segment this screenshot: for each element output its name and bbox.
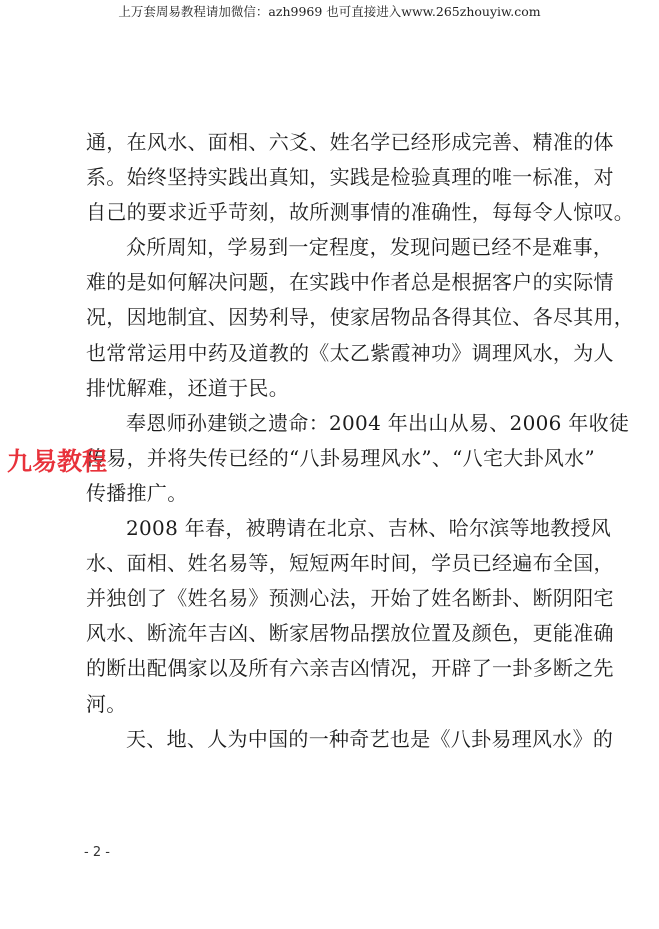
text-line: 并独创了《姓名易》预测心法，开始了姓名断卦、断阴阳宅: [86, 581, 578, 616]
paragraph-start-line: 奉恩师孙建锁之遗命：2004 年出山从易、2006 年收徒: [86, 406, 578, 441]
text-line: 难的是如何解决问题，在实践中作者总是根据客户的实际情: [86, 265, 578, 300]
text-line: 况，因地制宜、因势利导，使家居物品各得其位、各尽其用，: [86, 300, 578, 335]
paragraph-end-line: 排忧解难，还道于民。: [86, 371, 578, 406]
document-body: 通，在风水、面相、六爻、姓名学已经形成完善、精准的体 系。始终坚持实践出真知，实…: [86, 125, 578, 757]
page-number: - 2 -: [84, 844, 110, 862]
top-banner-advert: 上万套周易教程请加微信：azh9969 也可直接进入www.265zhouyiw…: [0, 4, 659, 20]
text-line: 通，在风水、面相、六爻、姓名学已经形成完善、精准的体: [86, 125, 578, 160]
paragraph-start-line: 2008 年春，被聘请在北京、吉林、哈尔滨等地教授风: [86, 511, 578, 546]
text-line: 水、面相、姓名易等，短短两年时间，学员已经遍布全国，: [86, 546, 578, 581]
text-line: 系。始终坚持实践出真知，实践是检验真理的唯一标准，对: [86, 160, 578, 195]
text-line: 自己的要求近乎苛刻，故所测事情的准确性，每每令人惊叹。: [86, 195, 578, 230]
paragraph-start-line: 众所周知，学易到一定程度，发现问题已经不是难事，: [86, 230, 578, 265]
text-line: 也常常运用中药及道教的《太乙紫霞神功》调理风水，为人: [86, 336, 578, 371]
text-line: 的断出配偶家以及所有六亲吉凶情况，开辟了一卦多断之先: [86, 651, 578, 686]
text-line: 风水、断流年吉凶、断家居物品摆放位置及颜色，更能准确: [86, 616, 578, 651]
text-line: 传易，并将失传已经的“八卦易理风水”、“八宅大卦风水”: [86, 441, 578, 476]
watermark-logo: 九易教程: [7, 447, 107, 477]
paragraph-end-line: 河。: [86, 687, 578, 722]
paragraph-start-line: 天、地、人为中国的一种奇艺也是《八卦易理风水》的: [86, 722, 578, 757]
paragraph-end-line: 传播推广。: [86, 476, 578, 511]
